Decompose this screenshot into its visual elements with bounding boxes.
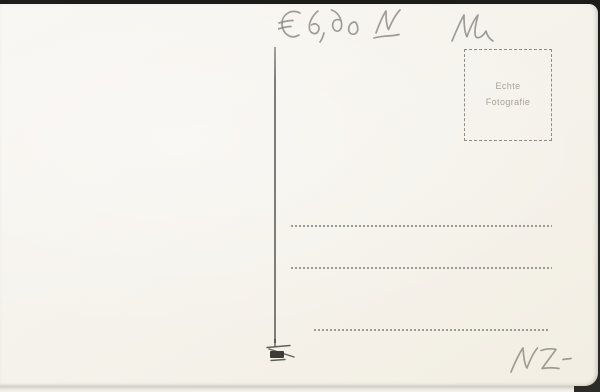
stamp-text-line1: Echte [465,78,551,94]
handwriting-country [446,10,498,48]
backdrop-bottom-strip [0,385,574,392]
address-line-1 [291,225,552,227]
postcard-back: Echte Fotografie [0,4,598,386]
handwriting-bottom-right [503,340,573,378]
stamp-text-line2: Fotografie [465,94,551,110]
handwriting-price [278,6,410,48]
photo-backdrop: Echte Fotografie [0,0,600,392]
stamp-box: Echte Fotografie [464,49,552,141]
address-line-2 [291,267,552,269]
divider-line [274,47,276,343]
address-line-3 [314,329,550,331]
publisher-logo-mark [263,339,297,369]
